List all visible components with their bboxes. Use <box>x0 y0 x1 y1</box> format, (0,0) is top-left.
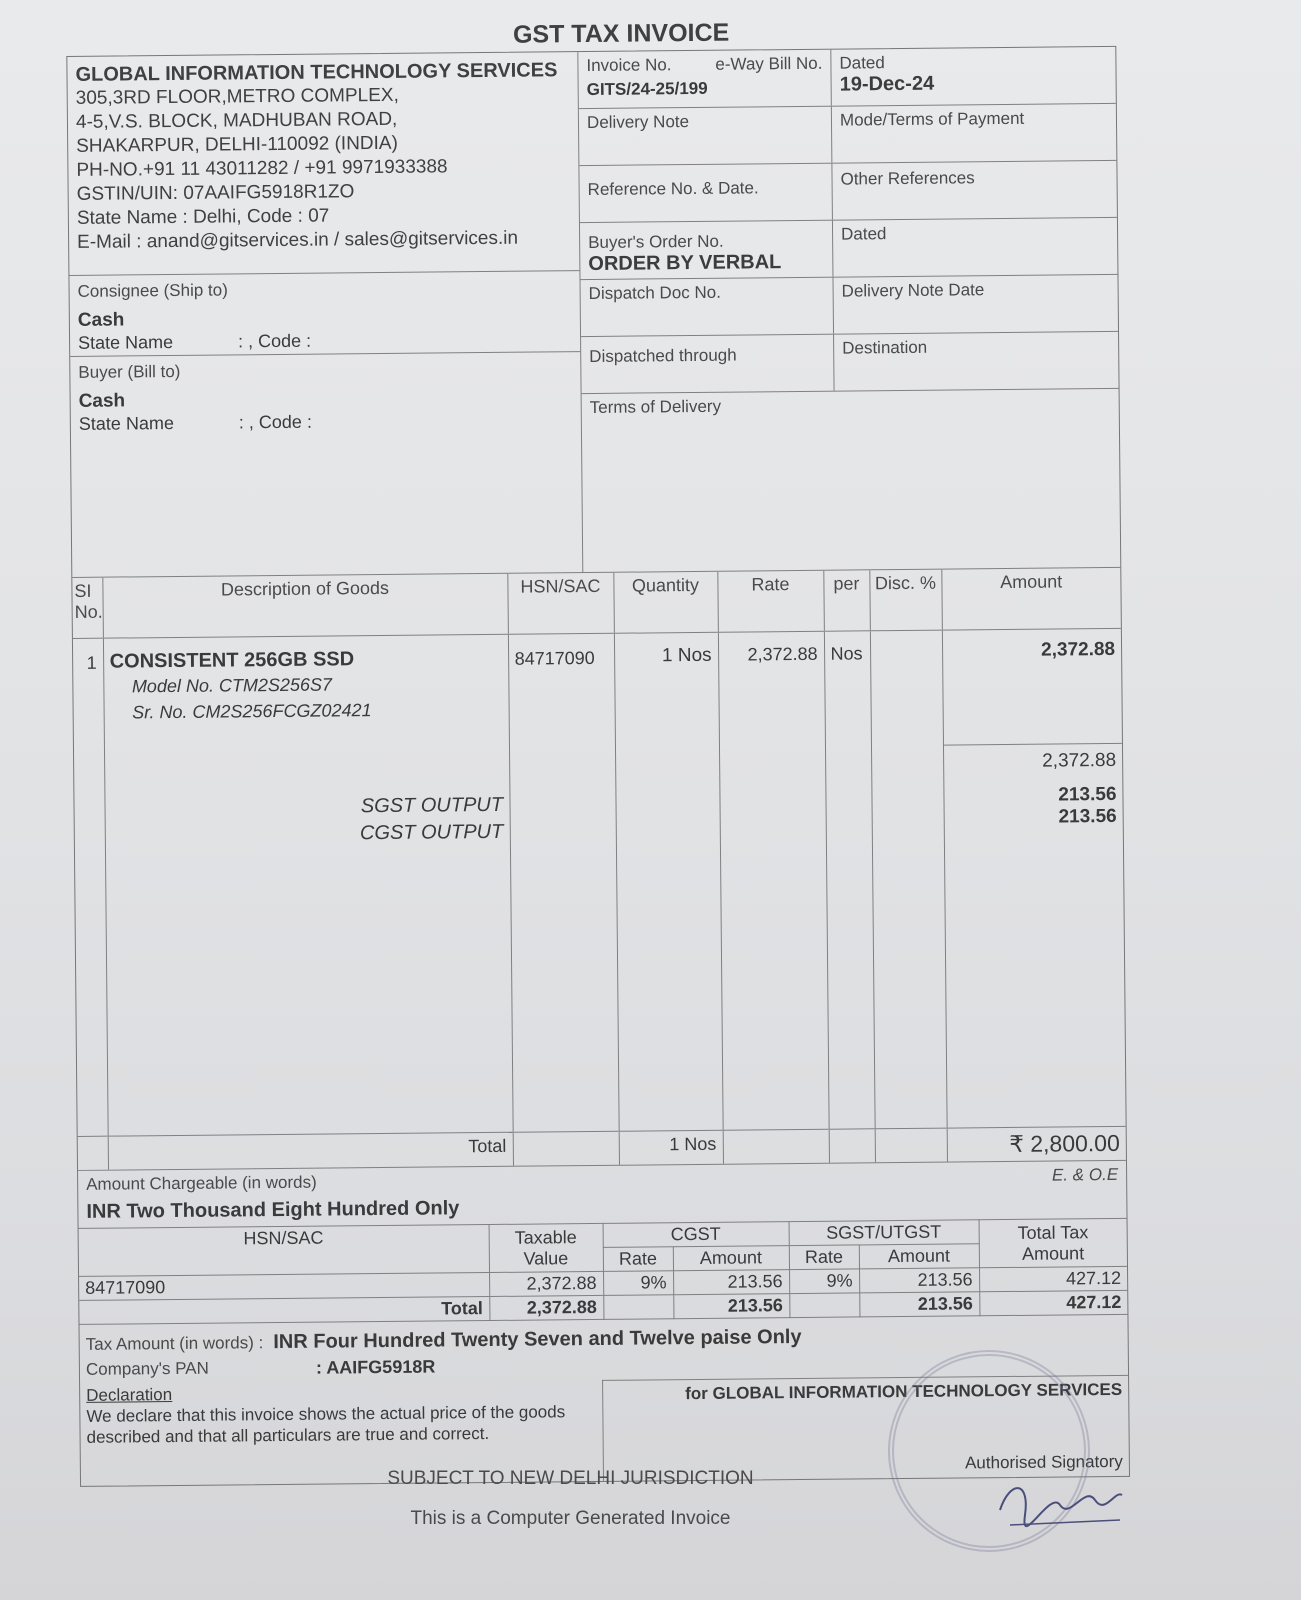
col-sl: SI No. <box>72 577 103 638</box>
seller-block: GLOBAL INFORMATION TECHNOLOGY SERVICES 3… <box>67 52 579 276</box>
subtotal-amount: 2,372.88 <box>950 750 1117 774</box>
buyer-state-value: : , Code : <box>239 411 312 435</box>
cgst-amount: 213.56 <box>950 806 1117 830</box>
item-model: Model No. CTM2S256S7 <box>132 670 502 700</box>
col-description: Description of Goods <box>102 573 508 638</box>
tax-line-sgst-label: SGST OUTPUT <box>111 792 503 823</box>
table-row: 1 CONSISTENT 256GB SSD Model No. CTM2S25… <box>73 628 1126 1136</box>
invoice-header: GLOBAL INFORMATION TECHNOLOGY SERVICES 3… <box>67 47 1120 577</box>
hsn-total-tax: 427.12 <box>979 1266 1127 1291</box>
items-table: SI No. Description of Goods HSN/SAC Quan… <box>72 567 1126 1170</box>
sgst-col-header: SGST/UTGST <box>789 1220 979 1246</box>
eway-bill-label: e-Way Bill No. <box>715 54 822 75</box>
col-disc: Disc. % <box>869 569 942 631</box>
delivery-note-date-label: Delivery Note Date <box>833 275 1118 334</box>
sgst-amount-header: Amount <box>859 1244 979 1269</box>
sgst-rate-header: Rate <box>789 1245 859 1270</box>
item-per: Nos <box>824 631 875 1129</box>
buyer-label: Buyer (Bill to) <box>78 356 572 384</box>
dated-value: 19-Dec-24 <box>840 71 1108 97</box>
item-quantity: 1 Nos <box>614 632 723 1131</box>
taxable-col-header: Taxable Value <box>489 1223 603 1272</box>
cgst-amount-header: Amount <box>673 1246 789 1271</box>
signatory-block: for GLOBAL INFORMATION TECHNOLOGY SERVIC… <box>602 1375 1129 1481</box>
dated-label: Dated <box>839 51 1107 74</box>
total-tax-col-header: Total Tax Amount <box>979 1218 1127 1267</box>
seller-name: GLOBAL INFORMATION TECHNOLOGY SERVICES <box>75 58 569 87</box>
items-total-qty: 1 Nos <box>619 1130 723 1164</box>
items-header-row: SI No. Description of Goods HSN/SAC Quan… <box>72 567 1121 638</box>
item-sl: 1 <box>73 638 108 1136</box>
seller-email: E-Mail : anand@gitservices.in / sales@gi… <box>77 226 571 255</box>
hsn-total-taxable: 2,372.88 <box>489 1295 603 1320</box>
consignee-state-value: : , Code : <box>238 330 311 354</box>
consignee-label: Consignee (Ship to) <box>77 275 571 303</box>
item-hsn: 84717090 <box>508 633 619 1132</box>
col-quantity: Quantity <box>613 571 718 633</box>
item-amount-cell: 2,372.88 2,372.88 213.56 213.56 <box>942 628 1126 1128</box>
item-amount: 2,372.88 <box>948 639 1115 745</box>
buyers-order-label: Buyer's Order No. <box>588 231 824 253</box>
grand-total: ₹ 2,800.00 <box>947 1126 1126 1161</box>
tax-words-label: Tax Amount (in words) : <box>86 1333 264 1355</box>
buyer-state-label: State Name <box>79 411 239 436</box>
hsn-total-tax-amount: 427.12 <box>979 1290 1127 1315</box>
meta-row-reference: Reference No. & Date. Other References <box>579 161 1117 223</box>
parties-block: GLOBAL INFORMATION TECHNOLOGY SERVICES 3… <box>67 52 583 577</box>
hsn-total-sgst: 213.56 <box>859 1292 979 1317</box>
invoice-page: GST TAX INVOICE GLOBAL INFORMATION TECHN… <box>66 12 1130 1487</box>
eoe-note: E. & O.E <box>1052 1165 1118 1186</box>
item-disc <box>870 630 947 1129</box>
invoice-no-label: Invoice No. <box>586 55 671 76</box>
other-references-label: Other References <box>832 161 1117 220</box>
col-amount: Amount <box>941 567 1121 630</box>
meta-row-order: Buyer's Order No. ORDER BY VERBAL Dated <box>580 218 1118 280</box>
hsn-cgst-amount: 213.56 <box>673 1270 789 1295</box>
item-serial: Sr. No. CM2S256FCGZ02421 <box>132 696 502 726</box>
meta-row-delivery: Delivery Note Mode/Terms of Payment <box>579 104 1117 166</box>
destination-label: Destination <box>834 332 1119 391</box>
consignee-state-label: State Name <box>78 330 238 355</box>
consignee-block: Consignee (Ship to) Cash State Name: , C… <box>69 271 580 357</box>
items-total-label: Total <box>108 1132 513 1169</box>
hsn-summary-table: HSN/SAC Taxable Value CGST SGST/UTGST To… <box>79 1218 1128 1325</box>
invoice-meta: Invoice No. e-Way Bill No. GITS/24-25/19… <box>578 47 1120 572</box>
pan-label: Company's PAN <box>86 1358 316 1381</box>
signatory-for: for GLOBAL INFORMATION TECHNOLOGY SERVIC… <box>609 1380 1122 1405</box>
reference-label: Reference No. & Date. <box>579 164 833 222</box>
hsn-cgst-rate: 9% <box>603 1271 673 1296</box>
pan-value: : AAIFG5918R <box>316 1357 436 1379</box>
item-rate: 2,372.88 <box>718 631 829 1130</box>
cgst-col-header: CGST <box>603 1222 789 1248</box>
hsn-sgst-rate: 9% <box>789 1269 859 1294</box>
tax-words: INR Four Hundred Twenty Seven and Twelve… <box>273 1326 801 1354</box>
col-per: per <box>823 570 870 631</box>
delivery-note-label: Delivery Note <box>579 107 833 165</box>
meta-row-destination: Dispatched through Destination <box>581 332 1119 394</box>
cgst-rate-header: Rate <box>603 1247 673 1272</box>
hsn-taxable: 2,372.88 <box>489 1271 603 1296</box>
hsn-col-header: HSN/SAC <box>79 1224 489 1276</box>
meta-row-invoice: Invoice No. e-Way Bill No. GITS/24-25/19… <box>578 47 1116 109</box>
computer-generated-note: This is a Computer Generated Invoice <box>0 1508 1221 1530</box>
payment-terms-label: Mode/Terms of Payment <box>832 104 1117 163</box>
invoice-frame: GLOBAL INFORMATION TECHNOLOGY SERVICES 3… <box>66 46 1130 1487</box>
tax-line-cgst-label: CGST OUTPUT <box>111 819 503 850</box>
hsn-sgst-amount: 213.56 <box>859 1268 979 1293</box>
sgst-amount: 213.56 <box>950 784 1117 808</box>
declaration-text: We declare that this invoice shows the a… <box>86 1401 596 1448</box>
amount-words-block: Amount Chargeable (in words) E. & O.E IN… <box>78 1160 1127 1228</box>
dispatch-doc-label: Dispatch Doc No. <box>581 278 835 336</box>
meta-row-dispatch: Dispatch Doc No. Delivery Note Date <box>581 275 1119 337</box>
hsn-total-cgst: 213.56 <box>673 1294 789 1319</box>
hsn-total-label: Total <box>79 1296 489 1324</box>
tax-words-block: Tax Amount (in words) : INR Four Hundred… <box>80 1315 1128 1381</box>
item-description: CONSISTENT 256GB SSD Model No. CTM2S256S… <box>103 634 513 1136</box>
terms-of-delivery-label: Terms of Delivery <box>582 389 1121 572</box>
jurisdiction-note: SUBJECT TO NEW DELHI JURISDICTION <box>0 1468 1221 1490</box>
amount-words-label: Amount Chargeable (in words) <box>86 1173 317 1195</box>
buyer-block: Buyer (Bill to) Cash State Name: , Code … <box>70 352 581 440</box>
buyers-order-value: ORDER BY VERBAL <box>588 251 824 276</box>
col-rate: Rate <box>717 570 824 632</box>
dispatched-through-label: Dispatched through <box>581 335 835 393</box>
invoice-no-value: GITS/24-25/199 <box>587 78 823 100</box>
order-dated-label: Dated <box>833 218 1118 277</box>
col-hsn: HSN/SAC <box>507 572 614 634</box>
